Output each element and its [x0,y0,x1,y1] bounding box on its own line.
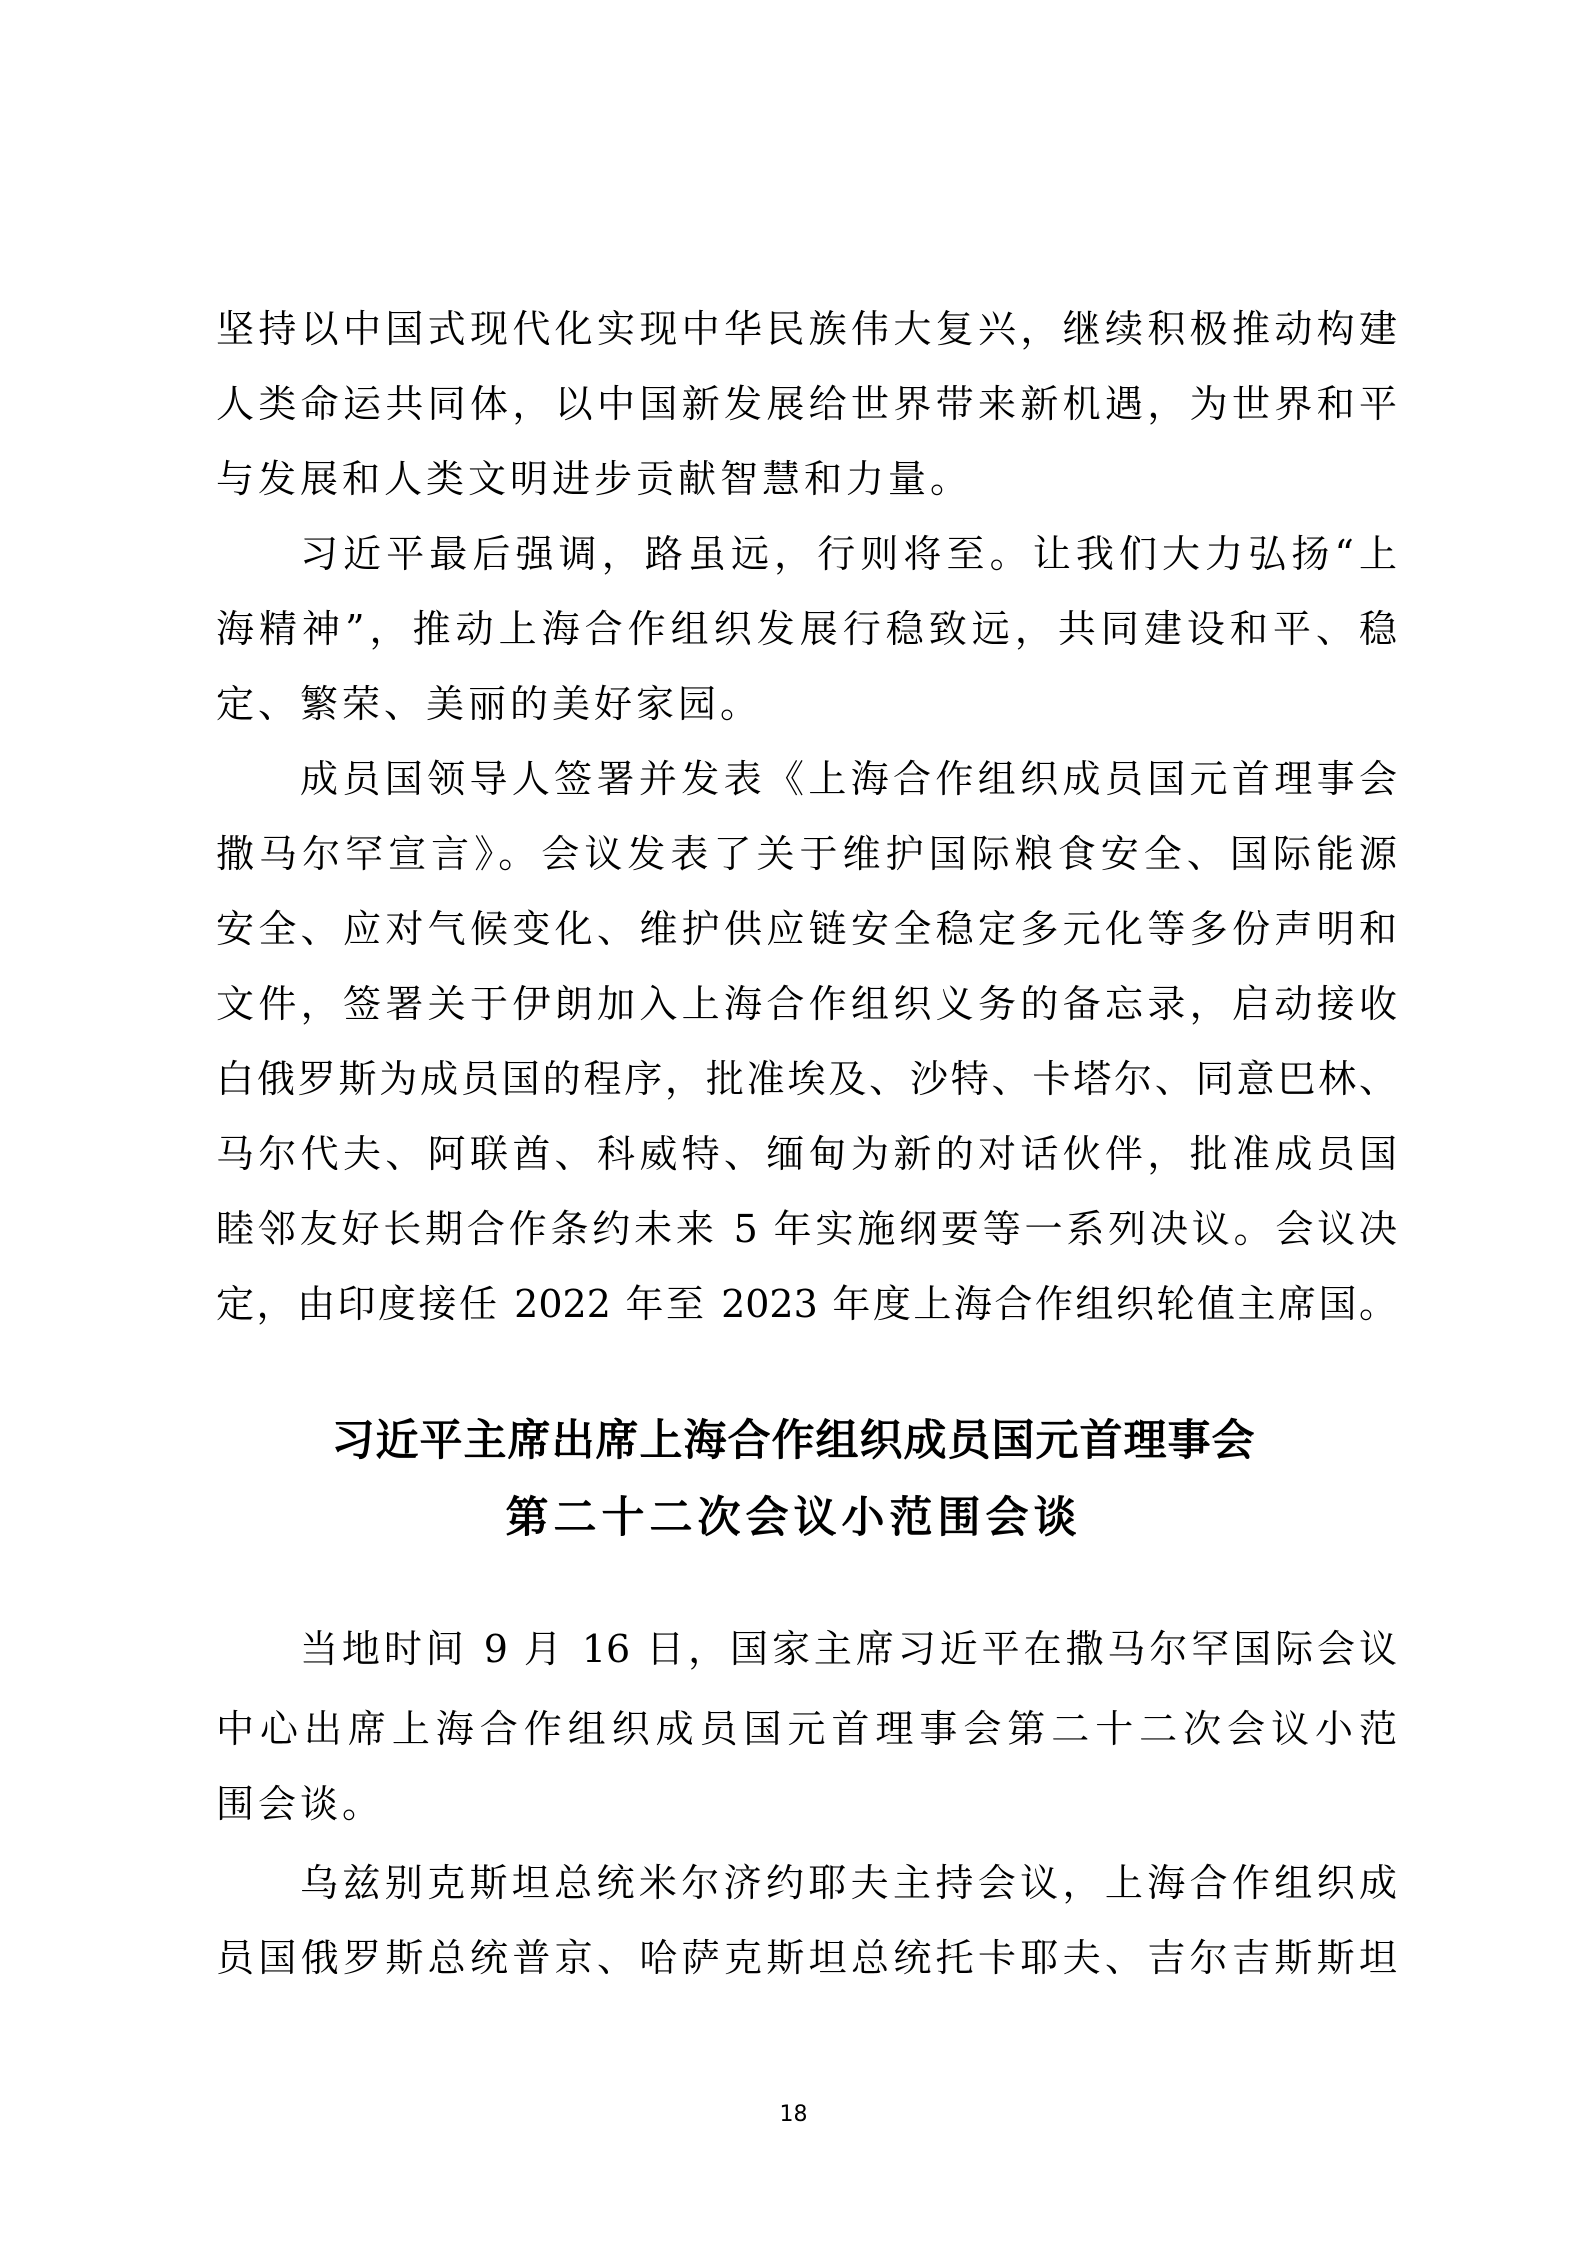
section-title-line-1: 习近平主席出席上海合作组织成员国元首理事会 [0,1411,1587,1471]
paragraph-line: 文件，签署关于伊朗加入上海合作组织义务的备忘录，启动接收 [216,974,1397,1034]
page-number: 18 [0,2100,1587,2130]
paragraph-line: 坚持以中国式现代化实现中华民族伟大复兴，继续积极推动构建 [216,299,1397,359]
paragraph-line: 安全、应对气候变化、维护供应链安全稳定多元化等多份声明和 [216,899,1397,959]
paragraph-line: 当地时间 9 月 16 日，国家主席习近平在撒马尔罕国际会议 [300,1619,1397,1679]
paragraph-line: 撒马尔罕宣言》。会议发表了关于维护国际粮食安全、国际能源 [216,824,1397,884]
paragraph-line: 睦邻友好长期合作条约未来 5 年实施纲要等一系列决议。会议决 [216,1199,1397,1259]
paragraph-line: 员国俄罗斯总统普京、哈萨克斯坦总统托卡耶夫、吉尔吉斯斯坦 [216,1928,1397,1988]
paragraph-line: 围会谈。 [216,1774,1397,1834]
paragraph-line: 习近平最后强调，路虽远，行则将至。让我们大力弘扬“上 [300,524,1397,584]
paragraph-line: 海精神”，推动上海合作组织发展行稳致远，共同建设和平、稳 [216,599,1397,659]
paragraph-line: 乌兹别克斯坦总统米尔济约耶夫主持会议，上海合作组织成 [300,1853,1397,1913]
section-title-line-2: 第二十二次会议小范围会谈 [0,1488,1587,1548]
paragraph-line: 中心出席上海合作组织成员国元首理事会第二十二次会议小范 [216,1699,1397,1759]
paragraph-line: 白俄罗斯为成员国的程序，批准埃及、沙特、卡塔尔、同意巴林、 [216,1049,1397,1109]
paragraph-line: 定、繁荣、美丽的美好家园。 [216,674,1397,734]
paragraph-line: 人类命运共同体，以中国新发展给世界带来新机遇，为世界和平 [216,374,1397,434]
document-page: 坚持以中国式现代化实现中华民族伟大复兴，继续积极推动构建 人类命运共同体，以中国… [0,0,1587,2245]
paragraph-line: 马尔代夫、阿联酋、科威特、缅甸为新的对话伙伴，批准成员国 [216,1124,1397,1184]
paragraph-line: 与发展和人类文明进步贡献智慧和力量。 [216,449,1397,509]
paragraph-line: 定，由印度接任 2022 年至 2023 年度上海合作组织轮值主席国。 [216,1274,1397,1334]
paragraph-line: 成员国领导人签署并发表《上海合作组织成员国元首理事会 [300,749,1397,809]
